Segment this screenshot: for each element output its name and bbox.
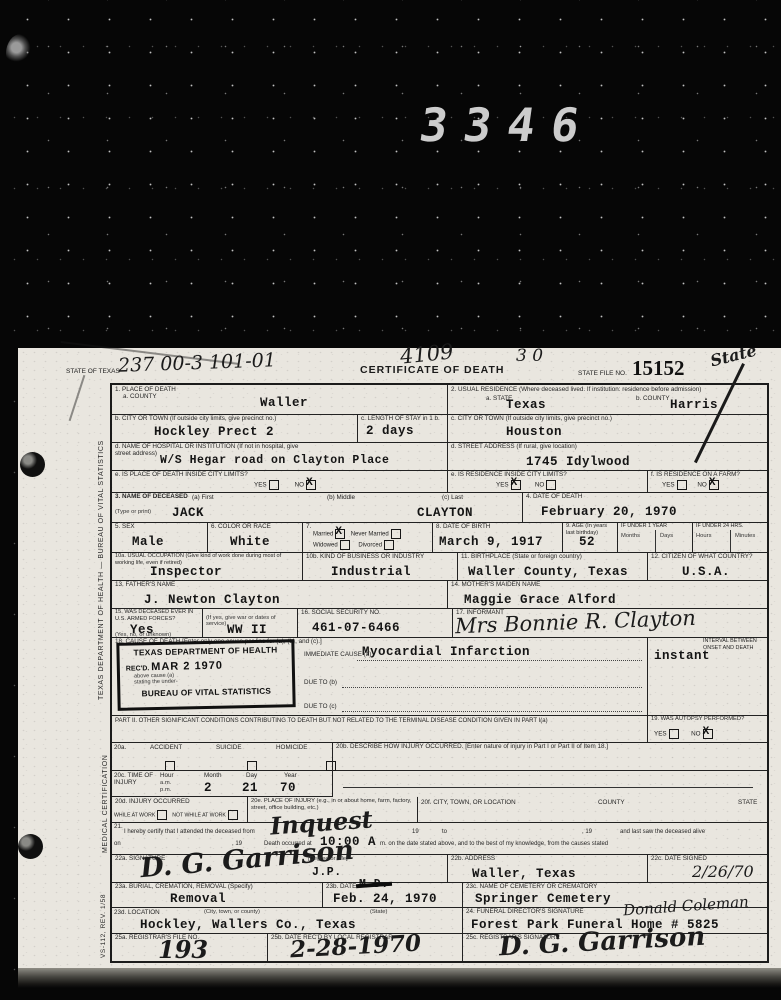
row-12: 20a. ACCIDENT SUICIDE HOMICIDE 20b. DESC… (112, 742, 767, 771)
field-sex: 5. SEX Male (112, 522, 207, 552)
age-value: 52 (579, 535, 595, 549)
death-certificate-scan: TEXAS DEPARTMENT OF HEALTH — BUREAU OF V… (18, 348, 781, 970)
date-of-death-value: February 20, 1970 (541, 505, 677, 519)
field-birthplace: 11. BIRTHPLACE (State or foreign country… (457, 552, 647, 580)
date-of-birth-value: March 9, 1917 (439, 535, 543, 549)
field-registrar-signature: 25c. REGISTRAR'S SIGNATURE D. G. Garriso… (462, 933, 767, 961)
field-informant: 17. INFORMANT Mrs Bonnie R. Clayton (452, 608, 767, 637)
injury-day-value: 21 (242, 781, 258, 795)
row-9: 15. WAS DECEASED EVER IN U.S. ARMED FORC… (112, 608, 767, 638)
row-7: 10a. USUAL OCCUPATION (Give kind of work… (112, 552, 767, 581)
death-incity-yes-checkbox (269, 480, 279, 490)
row-3: d. NAME OF HOSPITAL OR INSTITUTION (If n… (112, 442, 767, 471)
place-city-value: Hockley Prect 2 (154, 425, 274, 439)
film-smudge (6, 34, 32, 68)
farm-no-checkbox: X (709, 480, 719, 490)
field-date-of-death: 4. DATE OF DEATH February 20, 1970 (522, 492, 767, 522)
father-name-value: J. Newton Clayton (144, 593, 280, 607)
injury-year-value: 70 (280, 781, 296, 795)
margin-agency-text: TEXAS DEPARTMENT OF HEALTH — BUREAU OF V… (98, 440, 105, 700)
married-checkbox: X (335, 529, 345, 539)
handwritten-file-code: 237 00-3 101-01 (118, 349, 277, 376)
punch-hole-bottom (18, 834, 43, 859)
hospital-value: W/S Hegar road on Clayton Place (160, 454, 389, 467)
field-mothers-maiden-name: 14. MOTHER'S MAIDEN NAME Maggie Grace Al… (447, 580, 767, 608)
certificate-title: CERTIFICATE OF DEATH (360, 364, 504, 376)
never-married-checkbox (391, 529, 401, 539)
paper-crease (69, 375, 86, 421)
while-at-work-checkbox (157, 810, 167, 820)
residence-county-value: Harris (670, 398, 718, 412)
field-registrar-file-no: 25a. REGISTRAR'S FILE NO. 193 (112, 933, 267, 961)
row-19: 25a. REGISTRAR'S FILE NO. 193 25b. DATE … (112, 933, 767, 961)
row-6: 5. SEX Male 6. COLOR OR RACE White 7. Ma… (112, 522, 767, 553)
burial-type-value: Removal (170, 892, 226, 906)
degree-value: J.P. (312, 866, 342, 879)
race-value: White (230, 535, 270, 549)
field-name-of-deceased: 3. NAME OF DECEASED (Type or print) (a) … (112, 492, 522, 522)
mother-name-value: Maggie Grace Alford (464, 593, 616, 607)
death-incity-no-checkbox: X (306, 480, 316, 490)
handwritten-30: 3 0 (516, 346, 543, 366)
row-5: 3. NAME OF DECEASED (Type or print) (a) … (112, 492, 767, 523)
field-death-inside-city: e. IS PLACE OF DEATH INSIDE CITY LIMITS?… (112, 470, 447, 492)
field-color-or-race: 6. COLOR OR RACE White (207, 522, 302, 552)
field-street-address: d. STREET ADDRESS (If rural, give locati… (447, 442, 767, 470)
street-address-value: 1745 Idylwood (526, 455, 630, 469)
margin-form-number: VS-112, REV. 1/58 (100, 894, 107, 958)
field-burial-date: 23b. DATE Feb. 24, 1970 (322, 882, 462, 907)
row-13: 20c. TIME OF INJURY Hour a.m. p.m. Month… (112, 770, 767, 797)
field-date-of-birth: 8. DATE OF BIRTH March 9, 1917 (432, 522, 562, 552)
date-signed-value: 2/26/70 (692, 862, 754, 881)
field-burial-location: 23d. LOCATION (City, town, or county) (S… (112, 907, 462, 933)
residence-incity-yes-checkbox: X (511, 480, 521, 490)
state-file-no-label: STATE FILE NO. (578, 370, 627, 377)
paper-bottom-edge (18, 968, 781, 988)
row-16: 22a. SIGNATURE D. G. Garrison J.P. M.D. … (112, 854, 767, 883)
interval-value: instant (654, 649, 710, 663)
handwritten-state-note: State (708, 341, 758, 371)
birthplace-value: Waller County, Texas (468, 565, 628, 579)
first-name-value: JACK (172, 506, 204, 520)
field-injury-occurred: 20d. INJURY OCCURRED WHILE AT WORK NOT W… (112, 797, 247, 822)
row-11: PART II. OTHER SIGNIFICANT CONDITIONS CO… (112, 715, 767, 743)
field-interval-onset-death: INTERVAL BETWEEN ONSET AND DEATH instant (647, 637, 767, 715)
industry-value: Industrial (331, 565, 411, 579)
field-war-or-dates: (If yes, give war or dates of service) W… (202, 608, 297, 637)
field-time-of-injury: 20c. TIME OF INJURY Hour a.m. p.m. Month… (112, 770, 332, 797)
field-fathers-name: 13. FATHER'S NAME J. Newton Clayton (112, 580, 447, 608)
field-if-under-1-year: IF UNDER 1 YEAR Months Days (617, 522, 692, 552)
field-autopsy: 19. WAS AUTOPSY PERFORMED? YES NOX (647, 715, 767, 742)
field-residence-city: c. CITY OR TOWN (If outside city limits,… (447, 414, 767, 442)
autopsy-yes-checkbox (669, 729, 679, 739)
autopsy-no-checkbox: X (703, 729, 713, 739)
burial-location-value: Hockley, Wallers Co., Texas (140, 918, 356, 932)
field-cause-of-death: 18. CAUSE OF DEATH [Enter only one cause… (112, 637, 647, 715)
field-age: 9. AGE (In years last birthday) 52 (562, 522, 617, 552)
certificate-form: 1. PLACE OF DEATH a. COUNTY Waller 2. US… (110, 383, 769, 963)
received-stamp: TEXAS DEPARTMENT OF HEALTH REC'D. MAR 2 … (116, 639, 295, 711)
field-describe-injury-line (332, 770, 767, 797)
farm-yes-checkbox (677, 480, 687, 490)
place-county-value: Waller (260, 396, 308, 410)
row-2: b. CITY OR TOWN (If outside city limits,… (112, 414, 767, 443)
armed-forces-value: Yes (130, 623, 154, 637)
row-4: e. IS PLACE OF DEATH INSIDE CITY LIMITS?… (112, 470, 767, 493)
field-injury-city: 20f. CITY, TOWN, OR LOCATION COUNTY STAT… (417, 797, 767, 822)
field-business-industry: 10b. KIND OF BUSINESS OR INDUSTRY Indust… (302, 552, 457, 580)
field-residence-on-farm: f. IS RESIDENCE ON A FARM? YES NOX (647, 470, 767, 492)
field-date-received: 25b. DATE REC'D BY LOCAL REGISTRAR 2-28-… (267, 933, 462, 961)
residence-state-value: Texas (506, 398, 546, 412)
field-hospital: d. NAME OF HOSPITAL OR INSTITUTION (If n… (112, 442, 447, 470)
field-usual-occupation: 10a. USUAL OCCUPATION (Give kind of work… (112, 552, 302, 580)
punch-hole-top (20, 452, 45, 477)
field-describe-injury: 20b. DESCRIBE HOW INJURY OCCURRED. [Ente… (332, 742, 767, 770)
state-of-texas-label: STATE OF TEXAS (66, 368, 120, 375)
widowed-checkbox (340, 540, 350, 550)
row-1: 1. PLACE OF DEATH a. COUNTY Waller 2. US… (112, 385, 767, 415)
date-received-value: 2-28-1970 (289, 930, 421, 964)
cemetery-value: Springer Cemetery (475, 892, 611, 906)
field-manner-of-death: 20a. ACCIDENT SUICIDE HOMICIDE (112, 742, 332, 770)
field-place-of-death: 1. PLACE OF DEATH a. COUNTY Waller (112, 385, 447, 414)
certifier-address-value: Waller, Texas (472, 867, 576, 881)
field-length-of-stay: c. LENGTH OF STAY in 1 b. 2 days (357, 414, 447, 442)
ssn-value: 461-07-6466 (312, 621, 400, 635)
field-certifier-address: 22b. ADDRESS Waller, Texas (447, 854, 647, 882)
citizen-value: U.S.A. (682, 565, 730, 579)
registrar-file-no-value: 193 (158, 935, 208, 964)
row-8: 13. FATHER'S NAME J. Newton Clayton 14. … (112, 580, 767, 609)
burial-date-value: Feb. 24, 1970 (333, 892, 437, 906)
field-burial-type: 23a. BURIAL, CREMATION, REMOVAL (Specify… (112, 882, 322, 907)
residence-incity-no-checkbox (546, 480, 556, 490)
field-if-under-24-hrs: IF UNDER 24 HRS. Hours Minutes (692, 522, 767, 552)
injury-month-value: 2 (204, 781, 212, 795)
war-value: WW II (227, 623, 267, 637)
margin-medical-certification-text: MEDICAL CERTIFICATION (102, 755, 109, 853)
row-14: 20d. INJURY OCCURRED WHILE AT WORK NOT W… (112, 797, 767, 823)
immediate-cause-value: Myocardial Infarction (362, 645, 530, 659)
field-part2-conditions: PART II. OTHER SIGNIFICANT CONDITIONS CO… (112, 715, 647, 742)
residence-city-value: Houston (506, 425, 562, 439)
length-of-stay-value: 2 days (366, 424, 414, 438)
field-social-security-no: 16. SOCIAL SECURITY NO. 461-07-6466 (297, 608, 452, 637)
field-usual-residence: 2. USUAL RESIDENCE (Where deceased lived… (447, 385, 767, 414)
field-place-city: b. CITY OR TOWN (If outside city limits,… (112, 414, 357, 442)
state-file-number: 15152 (632, 356, 685, 381)
not-while-at-work-checkbox (228, 810, 238, 820)
last-name-value: CLAYTON (417, 506, 473, 520)
occupation-value: Inspector (150, 565, 222, 579)
field-marital-status: 7. MarriedX Never Married Widowed Divorc… (302, 522, 432, 552)
field-armed-forces: 15. WAS DECEASED EVER IN U.S. ARMED FORC… (112, 608, 202, 637)
field-citizen-of: 12. CITIZEN OF WHAT COUNTRY? U.S.A. (647, 552, 767, 580)
film-frame-number: 3346 (416, 98, 598, 152)
field-date-signed: 22c. DATE SIGNED 2/26/70 (647, 854, 767, 882)
field-residence-inside-city: e. IS RESIDENCE INSIDE CITY LIMITS? YESX… (447, 470, 647, 492)
sex-value: Male (132, 535, 164, 549)
divorced-checkbox (384, 540, 394, 550)
field-certifier-signature: 22a. SIGNATURE D. G. Garrison J.P. M.D. … (112, 854, 447, 882)
row-10: 18. CAUSE OF DEATH [Enter only one cause… (112, 637, 767, 716)
